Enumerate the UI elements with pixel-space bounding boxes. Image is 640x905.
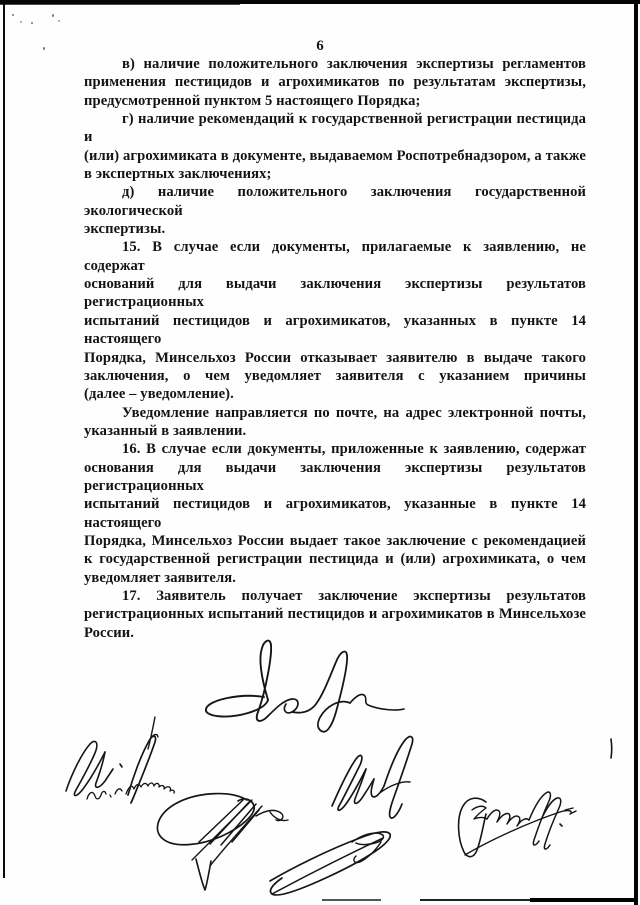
pen-tick-mark [611, 739, 612, 758]
signature-left-initials [66, 734, 174, 803]
signature-central [206, 641, 404, 732]
check-mark [196, 859, 211, 890]
scanned-document-page: 6 в) наличие положительного заключения э… [0, 0, 640, 905]
signature-middle-right [332, 737, 413, 819]
signature-hatched-oval [157, 794, 288, 866]
signature-right [459, 792, 576, 857]
signatures-layer [0, 0, 640, 905]
signature-swoosh-loop [270, 832, 390, 895]
